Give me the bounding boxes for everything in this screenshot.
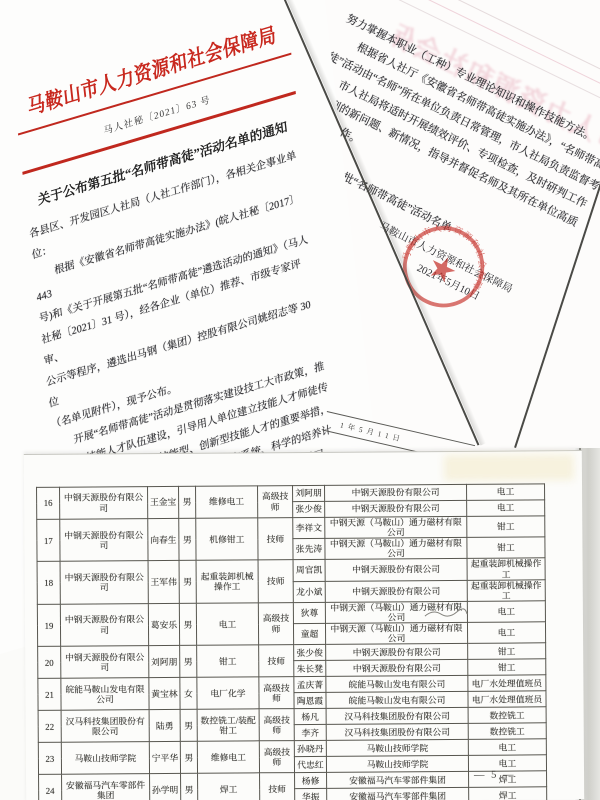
apprentice-company: 中钢天源（马鞍山）通力磁材有限公司 — [325, 538, 467, 560]
apprentice-trade: 焊工 — [469, 787, 547, 800]
apprentice-company: 汉马科技集团股份有限公司 — [326, 724, 468, 741]
apprentice-trade: 起重装卸机械操作工 — [467, 579, 545, 601]
master-trade: 电工 — [196, 603, 258, 646]
row-number: 24 — [39, 775, 62, 800]
apprentice-company: 安徽福马汽车零部件集团 — [327, 788, 469, 800]
master-skill-level: 技师 — [258, 518, 293, 561]
row-number: 16 — [37, 487, 60, 519]
apprentice-company: 汉马科技集团股份有限公司 — [326, 708, 468, 725]
apprentice-company: 中钢天源（马鞍山）通力磁材有限公司 — [325, 516, 467, 538]
apprentice-trade: 电工 — [468, 739, 546, 756]
master-name: 宁平华 — [149, 742, 180, 774]
apprentice-trade: 钳工 — [467, 516, 545, 538]
master-trade: 机修钳工 — [196, 518, 258, 561]
master-skill-level: 技师 — [260, 773, 295, 800]
apprentice-name: 龙小斌 — [293, 581, 325, 602]
master-apprentice-roster-table: 16中钢天源股份有限公司王金宝男维修电工高级技师刘阿朋中钢天源股份有限公司电工张… — [36, 483, 547, 800]
master-skill-level: 高级技师 — [258, 486, 293, 518]
apprentice-company: 中钢天源股份有限公司 — [325, 580, 467, 602]
apprentice-name: 朱长凳 — [294, 661, 326, 677]
apprentice-name: 孟庆菁 — [294, 677, 326, 693]
apprentice-name: 陶恩霞 — [294, 693, 326, 709]
apprentice-company: 安徽福马汽车零部件集团 — [327, 772, 469, 789]
row-number: 22 — [38, 711, 61, 743]
apprentice-name: 周官凯 — [293, 560, 325, 581]
master-gender: 男 — [180, 710, 197, 742]
apprentice-trade: 电厂水处理值班员 — [468, 691, 546, 708]
apprentice-name: 张少俊 — [293, 501, 325, 517]
master-company: 中钢天源股份有限公司 — [61, 646, 149, 679]
apprentice-trade: 起重装卸机械操作工 — [467, 558, 545, 580]
apprentice-name: 张少俊 — [294, 645, 326, 661]
master-company: 皖能马鞍山发电有限公司 — [61, 678, 149, 711]
master-company: 中钢天源股份有限公司 — [60, 487, 148, 520]
apprentice-company: 中钢天源股份有限公司 — [326, 644, 468, 661]
apprentice-trade: 钳工 — [468, 659, 546, 676]
paper-tint — [444, 454, 574, 481]
row-number: 23 — [38, 743, 61, 775]
row-number: 21 — [38, 679, 61, 711]
master-company: 中钢天源股份有限公司 — [60, 519, 148, 562]
master-trade: 起重装卸机械操作工 — [196, 560, 258, 603]
apprentice-company: 皖能马鞍山发电有限公司 — [326, 676, 468, 693]
master-gender: 男 — [179, 603, 196, 646]
apprentice-trade: 数控铣工 — [468, 707, 546, 724]
apprentice-trade: 电工 — [467, 500, 545, 517]
scanned-document-photo: 马鞍山市人力资源和社会保障局 努力掌握本职业（工种）专业理论知识和操作技能方法。… — [0, 0, 600, 800]
master-gender: 女 — [180, 678, 197, 710]
apprentice-name: 张先涛 — [293, 539, 325, 560]
apprentice-name: 李齐 — [294, 725, 326, 741]
apprentice-company: 马鞍山技师学院 — [326, 756, 468, 773]
apprentice-company: 中钢天源（马鞍山）通力磁材有限公司 — [325, 622, 467, 644]
master-trade: 钳工 — [197, 645, 259, 677]
apprentice-name: 刘阿朋 — [293, 485, 325, 501]
master-trade: 维修电工 — [196, 486, 258, 518]
apprentice-company: 中钢天源股份有限公司 — [325, 484, 467, 501]
master-trade: 数控铣工/装配钳工 — [197, 709, 259, 741]
apprentice-name: 华振 — [295, 789, 327, 800]
apprentice-trade: 数控铣工 — [468, 723, 546, 740]
master-skill-level: 技师 — [258, 560, 293, 603]
master-gender: 男 — [181, 774, 198, 800]
row-number: 20 — [38, 647, 61, 679]
master-company: 中钢天源股份有限公司 — [60, 603, 148, 646]
seal-star-icon — [426, 252, 459, 285]
apprentice-name: 童超 — [293, 623, 325, 644]
master-trade: 电厂化学 — [197, 677, 259, 709]
master-name: 王军伟 — [148, 561, 179, 604]
master-skill-level: 技师 — [259, 645, 294, 677]
apprentice-name: 杨修 — [295, 773, 327, 789]
apprentice-name: 李祥文 — [293, 517, 325, 538]
master-gender: 男 — [179, 486, 196, 518]
master-name: 黄宝林 — [149, 678, 180, 710]
master-skill-level: 高级技师 — [258, 602, 293, 645]
master-gender: 男 — [180, 646, 197, 678]
master-name: 孙学明 — [150, 774, 181, 800]
roster-page: 16中钢天源股份有限公司王金宝男维修电工高级技师刘阿朋中钢天源股份有限公司电工张… — [24, 450, 584, 800]
apprentice-name: 代忠红 — [294, 757, 326, 773]
row-number: 17 — [37, 519, 60, 562]
apprentice-name: 杨凡 — [294, 709, 326, 725]
master-skill-level: 高级技师 — [259, 709, 294, 741]
row-number: 18 — [37, 562, 60, 605]
apprentice-trade: 电工 — [467, 601, 545, 623]
master-company: 中钢天源股份有限公司 — [60, 561, 148, 604]
apprentice-company: 中钢天源股份有限公司 — [326, 660, 468, 677]
master-skill-level: 高级技师 — [259, 677, 294, 709]
master-trade: 焊工 — [198, 773, 260, 800]
apprentice-name: 孙晓丹 — [294, 741, 326, 757]
apprentice-trade: 电工 — [467, 622, 545, 644]
master-company: 马鞍山技师学院 — [61, 742, 149, 775]
apprentice-company: 中钢天源股份有限公司 — [325, 500, 467, 517]
master-gender: 男 — [180, 742, 197, 774]
master-name: 刘阿朋 — [149, 646, 180, 678]
apprentice-trade: 钳工 — [468, 643, 546, 660]
master-trade: 维修电工 — [197, 741, 259, 773]
page-number-5: — 5 — — [474, 770, 516, 781]
master-gender: 男 — [179, 561, 196, 604]
apprentice-trade: 电工 — [467, 484, 545, 501]
master-name: 葛安乐 — [148, 603, 179, 646]
apprentice-trade: 钳工 — [467, 537, 545, 559]
handwritten-mark — [423, 607, 469, 619]
master-name: 王金宝 — [148, 486, 179, 518]
apprentice-company: 中钢天源股份有限公司 — [325, 559, 467, 581]
master-company: 汉马科技集团股份有限公司 — [61, 710, 149, 743]
row-number: 19 — [37, 604, 60, 647]
apprentice-name: 狄尊 — [293, 602, 325, 623]
master-name: 陆勇 — [149, 710, 180, 742]
master-company: 安徽福马汽车零部件集团 — [62, 774, 150, 800]
apprentice-company: 皖能马鞍山发电有限公司 — [326, 692, 468, 709]
master-skill-level: 高级技师 — [259, 741, 294, 773]
master-name: 向春生 — [148, 518, 179, 561]
master-gender: 男 — [179, 518, 196, 561]
apprentice-company: 马鞍山技师学院 — [326, 740, 468, 757]
apprentice-trade: 电厂水处理值班员 — [468, 675, 546, 692]
